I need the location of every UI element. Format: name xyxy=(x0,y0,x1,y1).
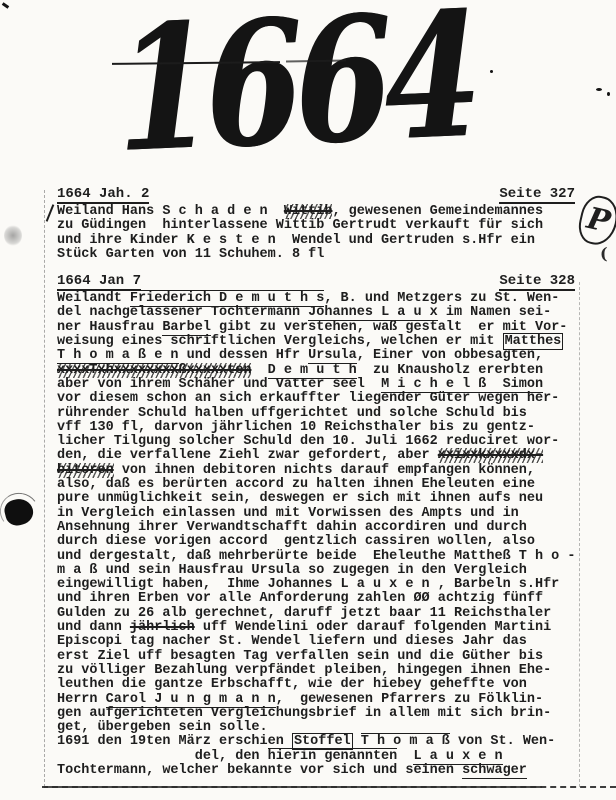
text-segment: zu Knausholz ererbten xyxy=(357,363,543,378)
text-segment: , Einer von obbesagten, xyxy=(357,348,543,363)
entry-date: 1664 Jan 7 xyxy=(57,274,141,291)
underlined-name: T h o m a ß e n xyxy=(57,348,179,364)
text-line: vor diesem schon an sich erkauffter lieg… xyxy=(57,392,605,406)
text-segment: in Vergleich einlassen und mit Vorwissen… xyxy=(57,506,519,521)
text-line: und dann jährlich uff Wendelini oder dar… xyxy=(57,621,605,635)
text-segment: und ihre Kinder K e s t e n Wendel und G… xyxy=(57,233,535,248)
text-segment: Wittib xyxy=(284,204,333,219)
text-line: den, die verfallene Ziehl zwar gefordert… xyxy=(57,449,605,463)
text-line: eingewilligt haben, Ihme Johannes L a u … xyxy=(57,578,605,592)
text-line: m a ß und sein Hausfrau Ursula so zugege… xyxy=(57,564,605,578)
handwritten-slash-mark xyxy=(46,204,55,221)
text-line: aber von ihrem Schäher und Vatter seel M… xyxy=(57,378,605,392)
text-line: Episcopi tag nacher St. Wendel liefern u… xyxy=(57,635,605,649)
text-line: und dergestalt, daß mehrberürte beide Eh… xyxy=(57,550,605,564)
text-line: zu Güdingen hinterlassene Wittib Gertrud… xyxy=(57,219,605,233)
ink-blot xyxy=(2,496,35,528)
text-segment: durch diese vorigen accord gentzlich cas… xyxy=(57,534,535,549)
text-segment: von ihnen debitoren nichts darauf empfan… xyxy=(114,463,535,478)
text-segment: und ihren Erben vor alle Anforderung zah… xyxy=(57,591,543,606)
text-segment: 1691 den 19ten März erschien xyxy=(57,734,292,749)
text-line: Tochtermann, welcher bekannte vor sich u… xyxy=(57,764,605,778)
text-line: durch diese vorigen accord gentzlich cas… xyxy=(57,535,605,549)
scan-page: { "page": { "headline_year": "1664", "ma… xyxy=(0,0,616,800)
text-segment: hierin genannten xyxy=(268,748,398,764)
text-segment: im Namen sei- xyxy=(438,305,551,320)
text-segment: xxixxkxxxxdx- xyxy=(438,448,543,463)
text-segment: eingewilligt haben, Ihme Johannes L a u … xyxy=(57,577,559,592)
text-segment: , gewesenen Pfarrers zu Fölklin- xyxy=(276,692,543,707)
text-segment: bitoren xyxy=(57,463,114,478)
text-line: bitoren von ihnen debitoren nichts darau… xyxy=(57,464,605,478)
text-line: del, den hierin genannten L a u x e n xyxy=(57,750,605,764)
entries: 1664 Jah. 2Seite 327Weiland Hans S c h a… xyxy=(57,187,605,778)
text-segment: Stück Garten von 11 Schuhem. 8 fl xyxy=(57,247,324,262)
text-line: vff 130 fl, darvon jährlichen 10 Reichst… xyxy=(57,421,605,435)
text-line: del nachgelassener Tochtermann Johannes … xyxy=(57,306,605,320)
text-segment: Gulden zu 26 alb gerechnet, daruff jetzt… xyxy=(57,606,551,621)
text-segment: Ansehnung ihrer Verwandtschafft dahin ac… xyxy=(57,520,527,535)
text-segment: aber von ihrem Schäher und Vatter seel xyxy=(57,377,381,392)
text-line: in Vergleich einlassen und mit Vorwissen… xyxy=(57,507,605,521)
text-segment: del nachgelassener Tochtermann xyxy=(57,305,308,320)
text-line: gen aufgerichteten Vergleichungsbrief in… xyxy=(57,707,605,721)
text-segment: jährlich xyxy=(130,620,195,635)
text-segment: ner Hausfrau xyxy=(57,320,162,335)
text-line: leuthen die gantze Erbschafft, wie der h… xyxy=(57,678,605,692)
text-segment: weisung eines schriftlichen Vergleichs, … xyxy=(57,334,503,349)
text-line: Gulden zu 26 alb gerechnet, daruff jetzt… xyxy=(57,607,605,621)
bottom-rule-solid xyxy=(44,786,542,788)
text-line: erst Ziel uff besagten Tag verfallen sei… xyxy=(57,650,605,664)
text-line: und ihre Kinder K e s t e n Wendel und G… xyxy=(57,234,605,248)
text-line: und ihren Erben vor alle Anforderung zah… xyxy=(57,592,605,606)
entry: 1691 den 19ten März erschien Stoffel T h… xyxy=(57,735,605,778)
text-segment: uff Wendelini oder darauf folgenden Mart… xyxy=(195,620,551,635)
underlined-name: Ursula xyxy=(308,348,357,364)
text-segment: rührender Schuld halben uffgerichtet und… xyxy=(57,406,527,421)
text-segment xyxy=(397,749,413,764)
text-segment: und dessen Hfr xyxy=(179,348,309,363)
text-segment: von St. Wen- xyxy=(450,734,555,749)
entry-page-ref: Seite 328 xyxy=(499,274,575,291)
text-segment: den, die verfallene Ziehl zwar gefordert… xyxy=(57,448,438,463)
text-segment: gen aufgerichteten Vergleichungsbrief in… xyxy=(57,706,551,721)
text-line: Weiland Hans S c h a d e n Wittib, gewes… xyxy=(57,205,605,219)
text-segment: erst Ziel uff besagten Tag verfallen sei… xyxy=(57,649,543,664)
scan-speck xyxy=(596,88,602,91)
text-line: licher Tilgung solcher Schuld den 10. Ju… xyxy=(57,435,605,449)
text-line: xxxxTxhxxxxxxxxßxxxxxten D e m u t h zu … xyxy=(57,364,605,378)
text-line: weisung eines schriftlichen Vergleichs, … xyxy=(57,335,605,349)
scan-speck xyxy=(490,70,493,73)
entry-page-ref: Seite 327 xyxy=(499,187,575,204)
text-line: Ansehnung ihrer Verwandtschafft dahin ac… xyxy=(57,521,605,535)
text-line: Weilandt Friederich D e m u t h s, B. un… xyxy=(57,292,605,306)
text-segment: vor diesem schon an sich erkauffter lieg… xyxy=(57,391,559,406)
text-segment: Weiland Hans S c h a d e n xyxy=(57,204,284,219)
entry: 1664 Jan 7Seite 328Weilandt Friederich D… xyxy=(57,274,605,735)
text-segment: xxxxTxhxxxxxxxxßxxxxxten xyxy=(57,363,251,378)
text-segment: zu völliger Bezahlung verpfändet pleiben… xyxy=(57,663,551,678)
text-segment xyxy=(251,363,267,378)
year-headline: 1664 xyxy=(114,0,476,176)
text-segment: T h o m a ß xyxy=(361,733,450,749)
text-line: also, daß es berürten accord zu halten i… xyxy=(57,478,605,492)
text-segment: , B. und Metzgers zu St. Wen- xyxy=(324,291,559,306)
entry: 1664 Jah. 2Seite 327Weiland Hans S c h a… xyxy=(57,187,605,262)
entry-date: 1664 Jah. 2 xyxy=(57,187,149,204)
entry-header: 1664 Jah. 2Seite 327 xyxy=(57,187,575,204)
text-line: zu völliger Bezahlung verpfändet pleiben… xyxy=(57,664,605,678)
text-segment: pure unmüglichkeit sein, deswegen er sic… xyxy=(57,491,543,506)
text-segment: zu Güdingen hinterlassene Wittib Gertrud… xyxy=(57,218,543,233)
text-line: Herrn Carol J u n g m a n n, gewesenen P… xyxy=(57,693,605,707)
text-line: rührender Schuld halben uffgerichtet und… xyxy=(57,407,605,421)
text-line: Stück Garten von 11 Schuhem. 8 fl xyxy=(57,248,605,262)
text-segment: also, daß es berürten accord zu halten i… xyxy=(57,477,535,492)
text-segment: del, den xyxy=(57,749,268,764)
scan-speck xyxy=(607,92,610,96)
entry-header: 1664 Jan 7Seite 328 xyxy=(57,274,575,291)
text-segment: und dergestalt, daß mehrberürte beide Eh… xyxy=(57,549,575,564)
left-margin-guide xyxy=(44,190,45,787)
text-line: T h o m a ß e n und dessen Hfr Ursula, E… xyxy=(57,349,605,363)
text-segment: Tochtermann, welcher bekannte vor sich u… xyxy=(57,763,462,778)
scan-speck xyxy=(2,2,9,8)
text-segment: Episcopi tag nacher St. Wendel liefern u… xyxy=(57,634,527,649)
text-segment: und dann xyxy=(57,620,130,635)
text-segment: leuthen die gantze Erbschafft, wie der h… xyxy=(57,677,527,692)
text-segment: , gewesenen Gemeindemannes xyxy=(332,204,543,219)
text-segment: Herrn xyxy=(57,692,106,707)
left-margin-smudge xyxy=(4,225,22,246)
text-segment: licher Tilgung solcher Schuld den 10. Ju… xyxy=(57,434,559,449)
text-segment: get, übergeben sein solle. xyxy=(57,720,268,735)
text-segment: vff 130 fl, darvon jährlichen 10 Reichst… xyxy=(57,420,535,435)
text-line: pure unmüglichkeit sein, deswegen er sic… xyxy=(57,492,605,506)
text-segment: Weilandt xyxy=(57,290,130,306)
text-segment: m a ß und sein Hausfrau Ursula so zugege… xyxy=(57,563,527,578)
underlined-name: schwager xyxy=(462,763,527,779)
